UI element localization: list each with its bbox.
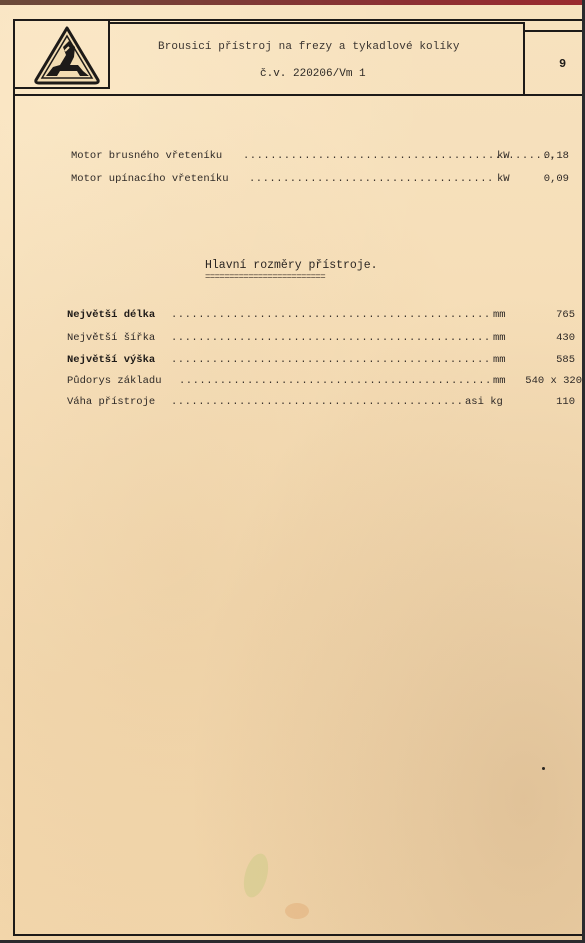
leader-dots: ........................................… [179, 375, 491, 387]
leader-dots: ........................................… [171, 309, 491, 321]
leader-dots: ........................................… [171, 396, 461, 408]
spec-value: 540 x 320 [517, 375, 582, 387]
spec-value: 110 [547, 396, 575, 408]
section-underline: ========================= [205, 272, 325, 282]
spec-row-base-footprint: Půdorys základu ........................… [67, 375, 582, 389]
scan-top-edge [0, 0, 582, 5]
spec-row-max-length: Největší délka .........................… [67, 309, 582, 323]
spec-unit: mm [493, 332, 506, 344]
spec-unit: mm [493, 309, 506, 321]
spec-label: Půdorys základu [67, 375, 162, 387]
leader-dots: ........................................… [171, 354, 491, 366]
spec-label: Největší délka [67, 309, 155, 321]
paper-stain [285, 903, 309, 919]
section-heading: Hlavní rozměry přístroje. [205, 259, 378, 272]
leader-dots: ........................................… [171, 332, 491, 344]
ink-speck [542, 767, 545, 770]
spec-row-weight: Váha přístroje .........................… [67, 396, 582, 410]
spec-unit: mm [493, 354, 506, 366]
spec-value: 0,18 [531, 150, 569, 162]
spec-row-motor-clamping: Motor upínacího vřeteníku ..............… [71, 173, 576, 187]
spec-label: Největší výška [67, 354, 155, 366]
spec-unit: mm [493, 375, 506, 387]
spec-label: Motor brusného vřeteníku [71, 150, 222, 162]
spec-value: 765 [547, 309, 575, 321]
spec-label: Motor upínacího vřeteníku [71, 173, 229, 185]
header-bottom-rule [13, 19, 583, 96]
spec-row-motor-grinding: Motor brusného vřeteníku ...............… [71, 150, 576, 164]
document-page: Brousicí přístroj na frezy a tykadlové k… [0, 0, 582, 940]
spec-unit: kW [497, 173, 510, 185]
spec-value: 585 [547, 354, 575, 366]
spec-label: Největší šířka [67, 332, 155, 344]
spec-row-max-height: Největší výška .........................… [67, 354, 582, 368]
spec-unit: kW [497, 150, 510, 162]
spec-label: Váha přístroje [67, 396, 155, 408]
leader-dots: ........................................ [249, 173, 494, 185]
spec-value: 0,09 [531, 173, 569, 185]
spec-value: 430 [547, 332, 575, 344]
spec-unit: asi kg [465, 396, 503, 408]
spec-row-max-width: Největší šířka .........................… [67, 332, 582, 346]
